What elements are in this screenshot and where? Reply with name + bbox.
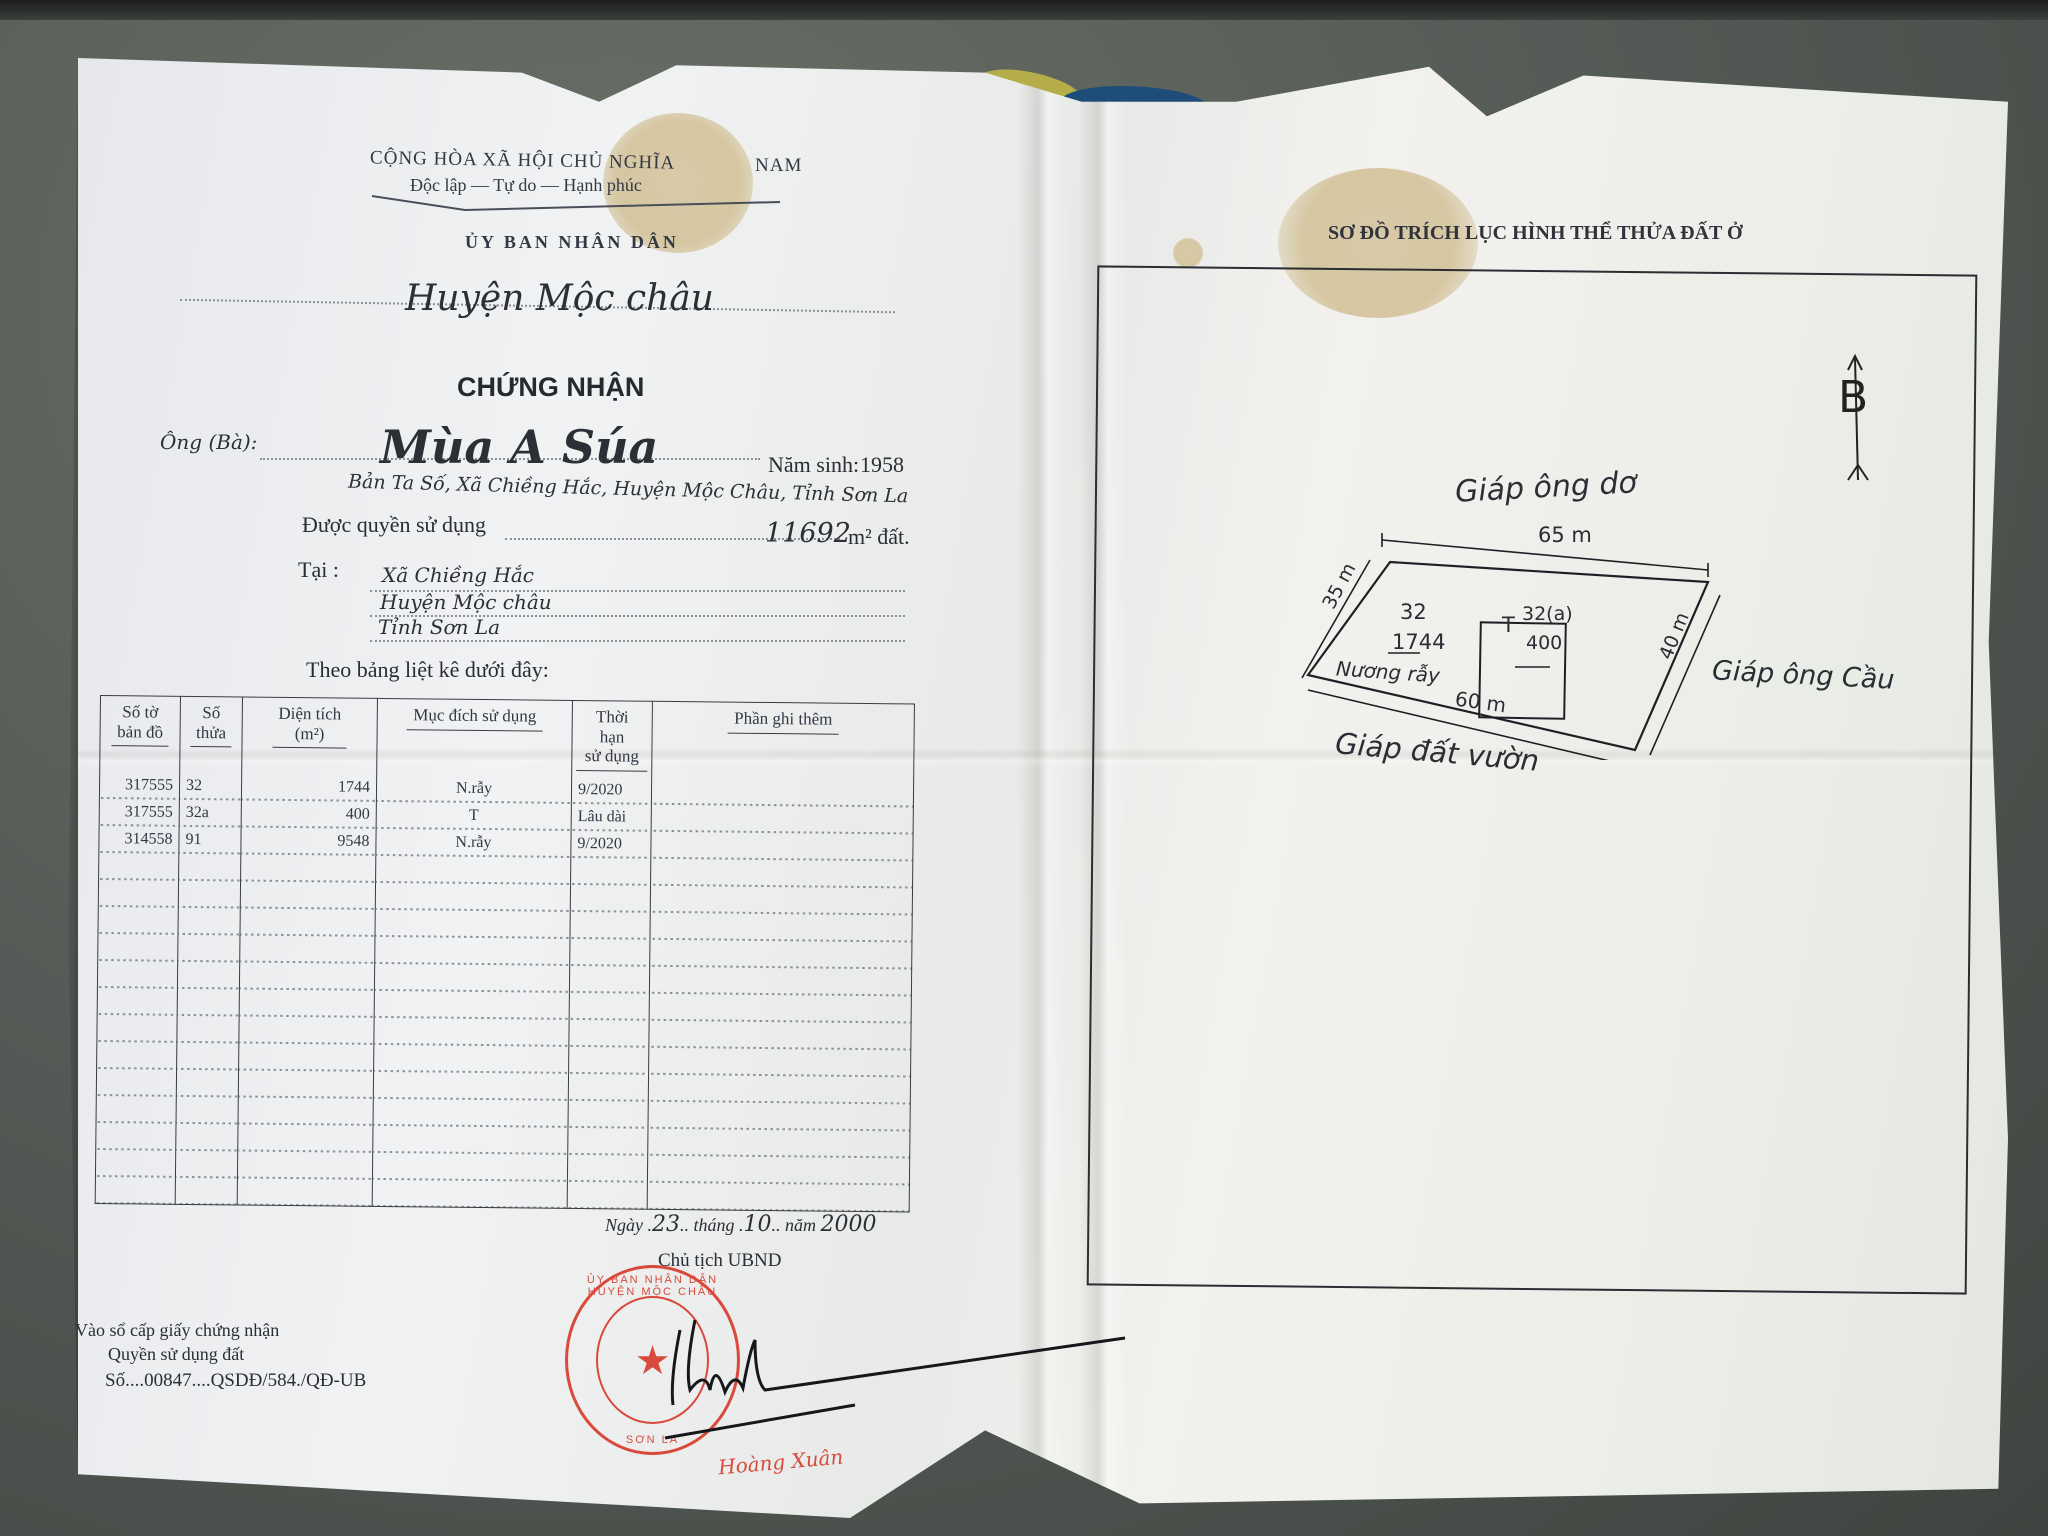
issuer-label: ỦY BAN NHÂN DÂN (465, 232, 679, 253)
table-cell-empty (570, 912, 650, 940)
table-cell-empty (238, 1097, 373, 1125)
table-cell-empty (650, 939, 912, 969)
table-cell-empty (239, 962, 374, 990)
table-intro: Theo bảng liệt kê dưới đây: (306, 657, 549, 683)
table-cell-term: Lâu dài (571, 804, 651, 832)
table-cell-empty (98, 880, 178, 908)
table-cell-empty (567, 1182, 647, 1210)
table-cell-empty (240, 908, 375, 936)
table-cell-empty (178, 934, 240, 962)
table-cell-empty (648, 1074, 910, 1104)
table-cell-empty (237, 1178, 372, 1206)
table-cell-empty (649, 966, 911, 996)
table-cell-empty (237, 1151, 372, 1179)
table-cell-term: 9/2020 (571, 831, 651, 859)
location-district: Huyện Mộc châu (380, 590, 552, 614)
table-cell-empty (97, 988, 177, 1016)
table-cell-empty (650, 885, 912, 915)
table-cell-notes (651, 804, 913, 834)
registry-line2: Quyền sử dụng đất (108, 1344, 244, 1365)
table-cell-area: 9548 (241, 827, 376, 855)
header-underline (370, 190, 790, 214)
registry-number: Số....00847....QSDĐ/584./QĐ-UB (105, 1370, 366, 1392)
table-cell-empty (374, 1018, 569, 1047)
table-cell-empty (176, 1123, 238, 1151)
table-cell-area: 1744 (241, 773, 376, 801)
table-cell-empty (97, 961, 177, 989)
table-cell-empty (96, 1069, 176, 1097)
col-term: Thời hạnsử dụng (572, 700, 653, 777)
table-cell-empty (568, 1074, 648, 1102)
table-cell-empty (239, 989, 374, 1017)
col-map-sheet: Số tờbản đồ (100, 696, 181, 773)
table-cell-parcel: 32a (179, 799, 241, 827)
table-cell-empty (95, 1177, 175, 1205)
table-cell-empty (649, 993, 911, 1023)
background-edge (0, 0, 2048, 20)
table-cell-empty (569, 966, 649, 994)
table-cell-empty (374, 1045, 569, 1074)
table-cell-area: 400 (241, 800, 376, 828)
table-cell-purpose: T (376, 802, 571, 831)
table-cell-empty (178, 880, 240, 908)
table-cell-empty (238, 1070, 373, 1098)
table-cell-empty (569, 993, 649, 1021)
table-cell-empty (240, 881, 375, 909)
signature (655, 1310, 1135, 1440)
table-cell-map-sheet: 314558 (99, 826, 179, 854)
area-label: Được quyền sử dụng (302, 512, 486, 538)
water-stain (1173, 238, 1203, 268)
table-cell-empty (568, 1101, 648, 1129)
table-cell-empty (373, 1126, 568, 1155)
table-cell-map-sheet: 317555 (99, 799, 179, 827)
table-cell-empty (176, 1096, 238, 1124)
col-purpose: Mục đích sử dụng (377, 698, 573, 776)
table-cell-parcel: 32 (179, 772, 241, 800)
col-area: Diện tích(m²) (242, 697, 378, 775)
table-cell-empty (648, 1101, 910, 1131)
issue-date: Ngày .23.. tháng .10.. năm 2000 (605, 1212, 877, 1237)
parcel-inner-prefix: T (1502, 613, 1515, 637)
table-cell-empty (647, 1155, 909, 1185)
parcel-inner-number: 32(a) (1522, 603, 1573, 625)
table-cell-empty (650, 912, 912, 942)
parcel-main-area: 1744 (1392, 630, 1445, 654)
table-cell-empty (374, 991, 569, 1020)
parcel-main-number: 32 (1400, 600, 1427, 624)
table-cell-empty (374, 964, 569, 993)
area-unit: m² đất. (848, 524, 910, 550)
table-cell-empty (375, 937, 570, 966)
table-cell-empty (373, 1099, 568, 1128)
table-cell-notes (651, 831, 913, 861)
table-cell-empty (372, 1153, 567, 1182)
table-cell-empty (569, 1047, 649, 1075)
table-cell-purpose: N.rẫy (376, 829, 571, 858)
sketch-title: SƠ ĐỒ TRÍCH LỤC HÌNH THỂ THỬA ĐẤT Ở (1328, 222, 1743, 245)
table-cell-empty (177, 961, 239, 989)
birth-year-label: Năm sinh: (768, 452, 859, 478)
table-cell-empty (375, 910, 570, 939)
fold-crease (1018, 58, 1068, 1518)
table-cell-empty (96, 1123, 176, 1151)
table-cell-empty (648, 1128, 910, 1158)
table-cell-empty (239, 1016, 374, 1044)
national-header-tail: NAM (755, 155, 802, 177)
dim-top: 65 m (1538, 523, 1592, 547)
table-cell-empty (240, 935, 375, 963)
col-notes: Phần ghi thêm (652, 701, 915, 780)
birth-year: 1958 (860, 452, 904, 478)
table-cell-empty (98, 907, 178, 935)
table-cell-empty (571, 858, 651, 886)
table-cell-empty (649, 1047, 911, 1077)
table-cell-empty (176, 1069, 238, 1097)
table-cell-map-sheet: 317555 (99, 772, 179, 800)
table-cell-empty (651, 858, 913, 888)
registry-line1: Vào sổ cấp giấy chứng nhận (75, 1320, 279, 1341)
table-cell-empty (97, 1042, 177, 1070)
table-cell-empty (567, 1155, 647, 1183)
table-cell-empty (177, 1042, 239, 1070)
table-cell-empty (569, 1020, 649, 1048)
table-cell-term: 9/2020 (571, 777, 651, 805)
table-cell-empty (98, 934, 178, 962)
area-value: 11692 (765, 518, 851, 549)
location-dotline (370, 640, 905, 642)
table-cell-empty (238, 1124, 373, 1152)
parcel-table: Số tờbản đồ Sốthửa Diện tích(m²) Mục đíc… (95, 695, 915, 1164)
table-cell-empty (96, 1096, 176, 1124)
table-cell-empty (95, 1150, 175, 1178)
table-cell-empty (99, 853, 179, 881)
table-cell-empty (179, 853, 241, 881)
table-cell-parcel: 91 (179, 826, 241, 854)
holder-label: Ông (Bà): (160, 430, 257, 454)
north-label: B (1838, 372, 1868, 423)
table-cell-empty (97, 1015, 177, 1043)
table-cell-notes (651, 777, 913, 807)
table-cell-empty (175, 1177, 237, 1205)
table-cell-empty (568, 1128, 648, 1156)
table-cell-empty (373, 1072, 568, 1101)
table-cell-empty (177, 988, 239, 1016)
location-label: Tại : (298, 557, 339, 583)
parcel-inner-area: 400 (1526, 632, 1562, 654)
location-province: Tỉnh Sơn La (378, 615, 500, 639)
table-cell-empty (570, 885, 650, 913)
table-cell-empty (372, 1180, 567, 1209)
issuer-name: Huyện Mộc châu (405, 278, 714, 319)
table-cell-empty (375, 883, 570, 912)
table-cell-purpose: N.rẫy (376, 775, 571, 804)
table-cell-empty (376, 856, 571, 885)
table-cell-empty (178, 907, 240, 935)
certificate-title: CHỨNG NHẬN (457, 372, 644, 403)
col-parcel: Sốthửa (180, 696, 243, 773)
table-cell-empty (647, 1182, 909, 1212)
table-cell-empty (239, 1043, 374, 1071)
table-cell-empty (570, 939, 650, 967)
location-commune: Xã Chiềng Hắc (382, 563, 534, 587)
table-cell-empty (177, 1015, 239, 1043)
holder-name: Mùa A Súa (380, 420, 658, 474)
table-cell-empty (175, 1150, 237, 1178)
table-cell-empty (241, 854, 376, 882)
table-cell-empty (649, 1020, 911, 1050)
